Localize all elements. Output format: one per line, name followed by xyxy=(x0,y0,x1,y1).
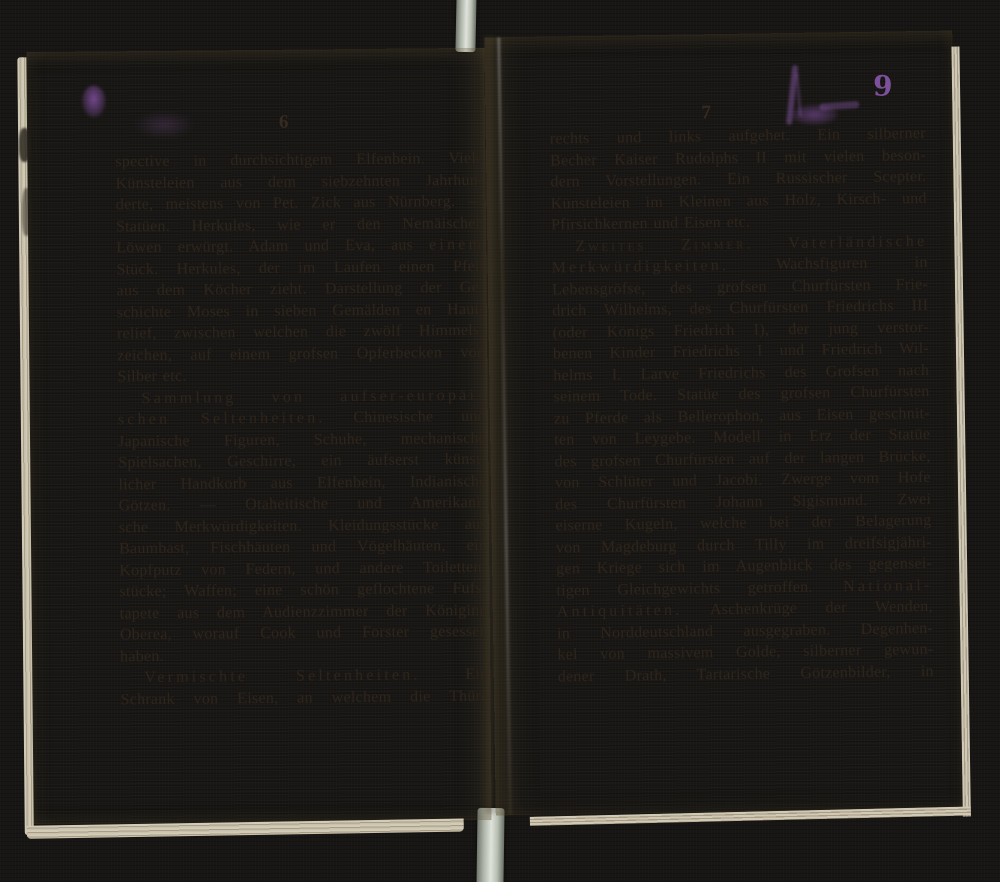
purple-stamp-dash xyxy=(819,101,859,111)
body-text: helms I. Larve Friedrichs des Grofsen na… xyxy=(553,361,929,384)
page-edge-stack-bottom xyxy=(27,819,464,839)
purple-stamp-blob xyxy=(791,104,837,125)
left-page: 6 spective in durchsichtigem Elfenbein. … xyxy=(26,48,491,824)
accession-number-stamp: 9 xyxy=(873,69,893,102)
book-stand-rod-top xyxy=(455,0,476,52)
purple-ink-smear xyxy=(133,111,195,140)
text-line: schen Seltenheiten. Chinesische und xyxy=(118,406,486,431)
body-text: Ein xyxy=(421,666,489,684)
book-scan-scene: 6 spective in durchsichtigem Elfenbein. … xyxy=(0,0,1000,882)
purple-ink-blot xyxy=(82,85,106,117)
body-text: Wachsfiguren in xyxy=(729,254,928,274)
fore-edge-ink-mark xyxy=(19,128,30,162)
text-line: Vermischte Seltenheiten. Ein xyxy=(120,664,488,689)
body-text: spective in durchsichtigem Elfenbein. Vi… xyxy=(115,150,483,171)
body-text: dern Vorstellungen. Ein Russischer Scept… xyxy=(550,168,926,191)
emphasized-text: Vaterländische xyxy=(753,232,927,252)
body-text: des grofsen Churfürsten auf der langen B… xyxy=(554,447,930,470)
text-line: Baumbast, Fischhäuten und Vögelhäuten, e… xyxy=(119,535,487,560)
body-text: Oberea, worauf Cook und Forster gesessen xyxy=(120,623,488,644)
text-line: Götzen. — Otaheitische und Amerikani- xyxy=(119,492,487,517)
body-text: Schrank von Eisen, an welchem die Thüre xyxy=(120,687,488,708)
body-text: schichte Moses in sieben Gemälden en Hau… xyxy=(117,300,485,321)
body-text: Japanische Figuren, Schuhe, mechanische xyxy=(118,429,486,450)
body-text: haben. xyxy=(120,647,164,664)
body-text: in Norddeutschland ausgegraben. Degenhen… xyxy=(557,619,933,642)
body-text: Aschenkrüge der Wenden, xyxy=(682,598,933,619)
body-text: Silber etc. xyxy=(117,368,186,386)
body-text: aus dem Köcher zieht. Darstellung der Ge… xyxy=(117,279,485,300)
body-text: von Magdeburg durch Tilly im dreifsigjäh… xyxy=(556,533,932,556)
page-edge-stack-bottom xyxy=(530,806,971,825)
body-text: licher Handkorb aus Elfenbein, Indianisc… xyxy=(118,472,486,493)
body-text: Baumbast, Fischhäuten und Vögelhäuten, e… xyxy=(119,537,487,558)
emphasized-text: schen Seltenheiten. xyxy=(118,409,326,428)
body-text: zeichen, auf einem grofsen Opferbecken v… xyxy=(117,343,485,364)
purple-stamp-squiggle xyxy=(786,65,798,125)
emphasized-text: einem xyxy=(429,236,484,254)
body-text: Chinesische und xyxy=(326,408,486,427)
emphasized-text: Zweites Zimmer. xyxy=(575,235,753,255)
text-line: stücke; Waffen; eine schön geflochtene F… xyxy=(119,578,487,603)
body-text: Künsteleien im Kleinen aus Holz, Kirsch-… xyxy=(551,189,927,212)
body-text: Statüen. Herkules, wie er den Nemäischen xyxy=(116,214,484,235)
emphasized-text: Vermischte Seltenheiten. xyxy=(144,666,420,686)
body-text: Stück. Herkules, der im Laufen einen Pfe… xyxy=(116,257,484,278)
text-line: Oberea, worauf Cook und Forster gesessen xyxy=(120,621,488,646)
page-number-right: 7 xyxy=(701,102,712,124)
body-text: Lebensgröfse, des grofsen Churfürsten Fr… xyxy=(552,275,928,298)
text-line: zeichen, auf einem grofsen Opferbecken v… xyxy=(117,341,485,366)
text-line: aus dem Köcher zieht. Darstellung der Ge… xyxy=(116,277,484,302)
left-page-text: spective in durchsichtigem Elfenbein. Vi… xyxy=(115,148,488,711)
body-text: kel von massivem Golde, silberner gewun- xyxy=(557,641,933,664)
right-page-text: rechts und links aufgehet. Ein silberner… xyxy=(550,123,934,688)
body-text: zu Pferde als Bellerophon, aus Eisen ges… xyxy=(554,404,930,427)
body-text: (oder Königs Friedrich I), der jung vers… xyxy=(553,318,929,341)
emphasized-text: Antiquitäten. xyxy=(557,602,683,621)
body-text: eiserne Kugeln, welche bei der Belagerun… xyxy=(555,512,931,535)
body-text: Kopfputz von Federn, und andere Toilette… xyxy=(119,558,487,579)
body-text: benen Kinder Friedrichs I und Friedrich … xyxy=(553,340,929,363)
body-text: Götzen. — Otaheitische und Amerikani- xyxy=(119,494,487,515)
body-text: sche Merkwürdigkeiten. Kleidungsstücke a… xyxy=(119,515,487,536)
body-text: relief, zwischen welchen die zwölf Himme… xyxy=(117,322,485,343)
page-crease xyxy=(497,37,512,815)
body-text: gen Kriege sich im Augenblick des gegens… xyxy=(556,555,932,578)
body-text: tapete aus dem Audienzzimmer der Königin… xyxy=(120,601,488,622)
body-text: Löwen erwürgt. Adam und Eva, aus xyxy=(116,236,429,256)
text-line: derte, meistens von Pet. Zick aus Nürnbe… xyxy=(116,191,484,216)
emphasized-text: Sammlung von aufser-europäi- xyxy=(142,386,486,406)
body-text: Becher Kaiser Rudolphs II mit vielen bes… xyxy=(550,146,926,169)
text-line: spective in durchsichtigem Elfenbein. Vi… xyxy=(115,148,483,173)
right-page: 9 7 rechts und links aufgehet. Ein silbe… xyxy=(484,31,963,816)
emphasized-text: National- xyxy=(813,576,933,595)
body-text: dener Drath, Tartarische Götzenbilder, i… xyxy=(558,662,934,685)
text-line: Schrank von Eisen, an welchem die Thüre xyxy=(120,685,488,710)
page-edge-stack-right xyxy=(951,46,970,816)
fore-edge-ink-mark xyxy=(22,188,31,236)
purple-stamp-squiggle xyxy=(795,73,802,117)
page-edge-stack-left xyxy=(17,57,33,835)
body-text: Spielsachen, Geschirre, ein äufserst kün… xyxy=(118,451,486,472)
body-text: derte, meistens von Pet. Zick aus Nürnbe… xyxy=(116,193,484,214)
page-number-left: 6 xyxy=(279,112,290,134)
body-text: von Schlüter und Jacobi. Zwerge vom Hofe xyxy=(555,469,931,492)
text-line: Spielsachen, Geschirre, ein äufserst kün… xyxy=(118,449,486,474)
body-text: stücke; Waffen; eine schön geflochtene F… xyxy=(119,580,487,601)
text-line: relief, zwischen welchen die zwölf Himme… xyxy=(117,320,485,345)
body-text: rechts und links aufgehet. Ein silberner xyxy=(550,125,926,148)
body-text: des Churfürsten Johann Sigismund. Zwei xyxy=(555,490,931,513)
body-text: seinem Tode. Statüe des grofsen Churfürs… xyxy=(553,383,929,406)
emphasized-text: Merkwürdigkeiten. xyxy=(552,257,730,277)
body-text: ten von Leygebe. Modell in Erz der Statü… xyxy=(554,426,930,449)
body-text: drich Wilhelms, des Churfürsten Friedric… xyxy=(552,297,928,320)
text-line: Löwen erwürgt. Adam und Eva, aus einem xyxy=(116,234,484,259)
body-text: tigen Gleichgewichts getroffen. xyxy=(556,578,812,599)
body-text: Künsteleien aus dem siebzehnten Jahrhun- xyxy=(115,171,483,192)
body-text: Pfirsichkernen und Eisen etc. xyxy=(551,214,750,234)
